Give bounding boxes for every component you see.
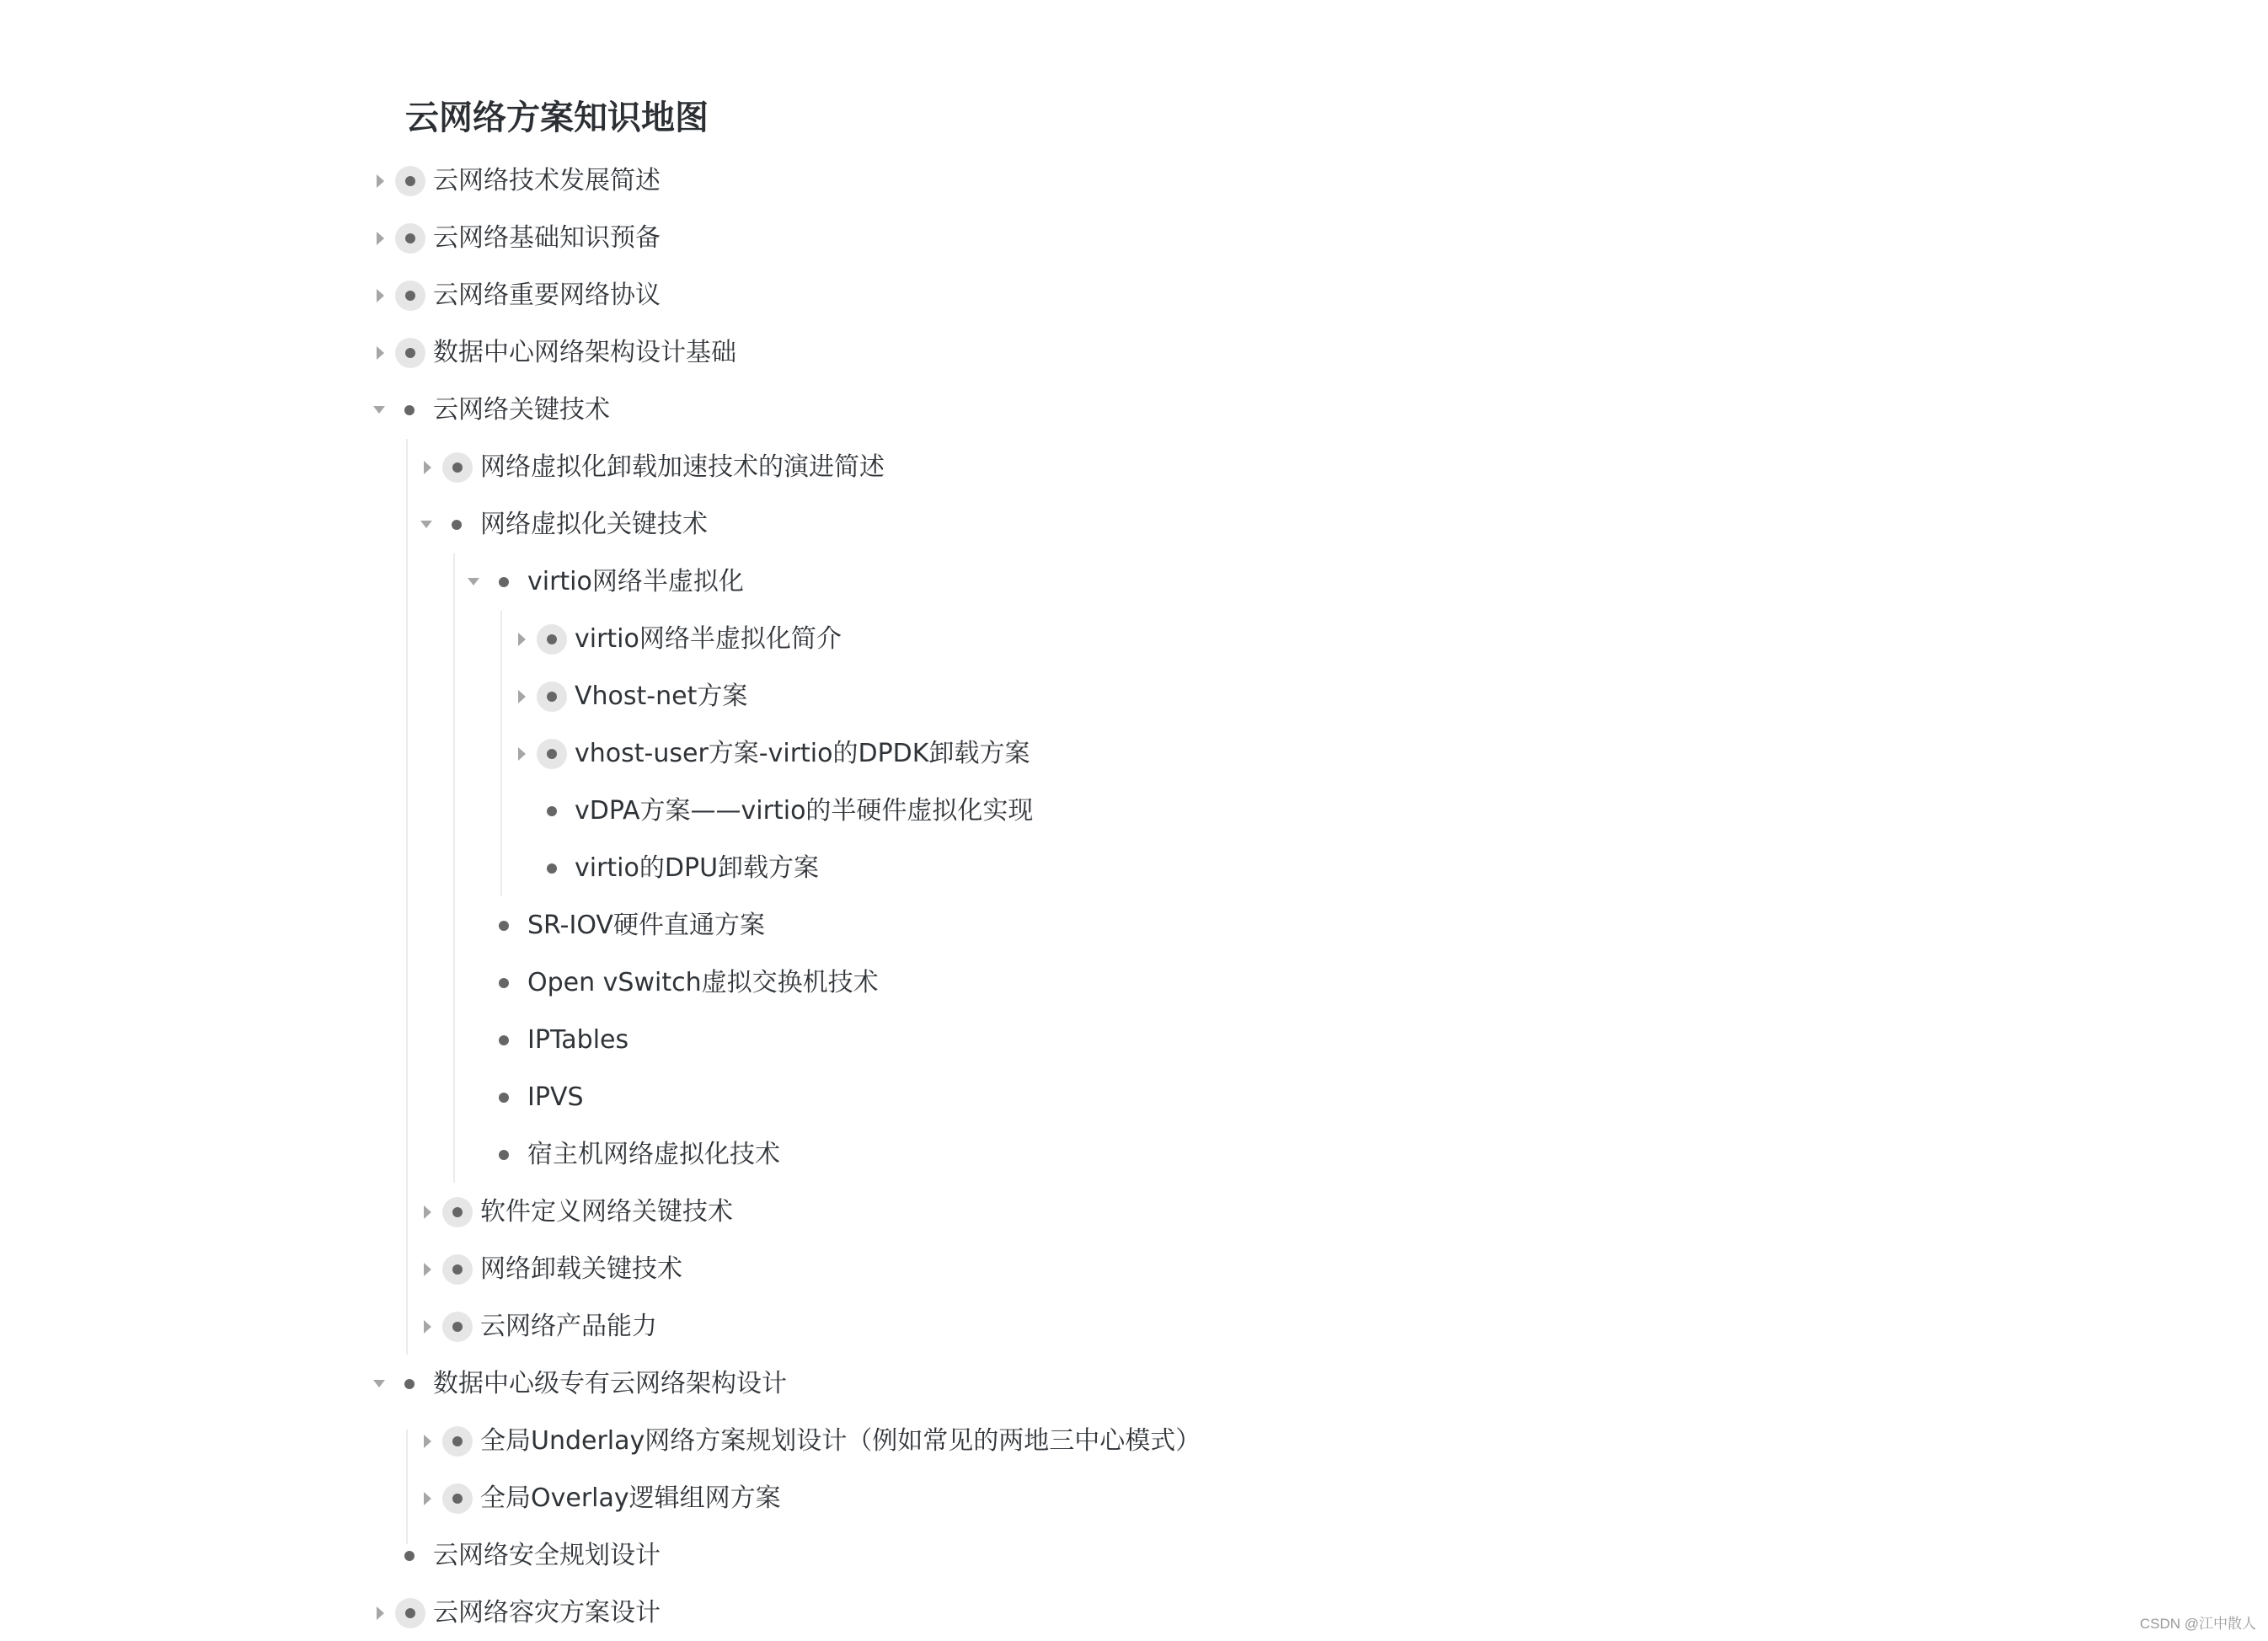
tree-item[interactable]: IPVS [0, 1069, 2268, 1126]
tree-item-label[interactable]: virtio网络半虚拟化 [527, 553, 744, 611]
expand-triangle-icon[interactable] [518, 633, 526, 646]
tree-item-label[interactable]: 数据中心级专有云网络架构设计 [433, 1355, 787, 1413]
expand-triangle-icon[interactable] [424, 1435, 431, 1448]
tree-item-label[interactable]: 全局Underlay网络方案规划设计（例如常见的两地三中心模式） [480, 1413, 1201, 1470]
bullet-icon[interactable] [394, 1369, 425, 1399]
tree-item[interactable]: 云网络安全规划设计 [0, 1527, 2268, 1585]
bullet-icon[interactable] [489, 1140, 519, 1170]
tree-item[interactable]: virtio网络半虚拟化简介 [0, 611, 2268, 668]
bullet-icon[interactable] [537, 682, 567, 712]
tree-item-label[interactable]: 云网络安全规划设计 [433, 1527, 661, 1585]
bullet-icon[interactable] [442, 452, 473, 483]
tree-item[interactable]: 网络虚拟化卸载加速技术的演进简述 [0, 439, 2268, 496]
tree-item-label[interactable]: 云网络重要网络协议 [433, 267, 661, 324]
bullet-icon[interactable] [489, 968, 519, 998]
outline-tree: 云网络技术发展简述 云网络基础知识预备 云网络重要网络协议 数据中心网络架构设计… [0, 152, 2268, 1641]
watermark: CSDN @江中散人 [2140, 1612, 2256, 1633]
bullet-icon[interactable] [537, 796, 567, 826]
tree-item-label[interactable]: Open vSwitch虚拟交换机技术 [527, 954, 879, 1012]
tree-item-label[interactable]: 云网络关键技术 [433, 382, 610, 439]
bullet-icon[interactable] [537, 624, 567, 655]
tree-item-label[interactable]: 软件定义网络关键技术 [480, 1184, 733, 1241]
tree-item-label[interactable]: 云网络基础知识预备 [433, 210, 661, 267]
expand-triangle-icon[interactable] [377, 289, 384, 302]
bullet-icon[interactable] [394, 1541, 425, 1571]
expand-triangle-icon[interactable] [377, 1606, 384, 1620]
tree-item[interactable]: 软件定义网络关键技术 [0, 1184, 2268, 1241]
bullet-icon[interactable] [441, 510, 472, 540]
expand-triangle-icon[interactable] [424, 461, 431, 474]
tree-item[interactable]: Vhost-net方案 [0, 668, 2268, 725]
tree-item[interactable]: 数据中心网络架构设计基础 [0, 324, 2268, 382]
page-title: 云网络方案知识地图 [405, 94, 709, 142]
bullet-icon[interactable] [395, 338, 425, 368]
bullet-icon[interactable] [395, 1598, 425, 1628]
collapse-triangle-icon[interactable] [468, 578, 479, 585]
tree-item-label[interactable]: 云网络产品能力 [480, 1298, 657, 1355]
tree-item[interactable]: SR-IOV硬件直通方案 [0, 897, 2268, 954]
bullet-icon[interactable] [395, 223, 425, 254]
bullet-icon[interactable] [442, 1483, 473, 1514]
bullet-icon[interactable] [394, 395, 425, 425]
tree-item[interactable]: 云网络关键技术 [0, 382, 2268, 439]
tree-item-label[interactable]: 宿主机网络虚拟化技术 [527, 1126, 780, 1184]
expand-triangle-icon[interactable] [518, 690, 526, 703]
tree-item-label[interactable]: virtio网络半虚拟化简介 [575, 611, 842, 668]
tree-item-label[interactable]: 网络卸载关键技术 [480, 1241, 682, 1298]
collapse-triangle-icon[interactable] [420, 521, 432, 528]
bullet-icon[interactable] [442, 1197, 473, 1227]
collapse-triangle-icon[interactable] [373, 406, 385, 414]
bullet-icon[interactable] [442, 1426, 473, 1457]
tree-item[interactable]: 云网络产品能力 [0, 1298, 2268, 1355]
tree-item-label[interactable]: IPTables [527, 1012, 629, 1069]
tree-item[interactable]: virtio网络半虚拟化 [0, 553, 2268, 611]
tree-item-label[interactable]: 数据中心网络架构设计基础 [433, 324, 736, 382]
tree-item-label[interactable]: vDPA方案——virtio的半硬件虚拟化实现 [575, 783, 1033, 840]
tree-item[interactable]: 宿主机网络虚拟化技术 [0, 1126, 2268, 1184]
tree-item-label[interactable]: vhost-user方案-virtio的DPDK卸载方案 [575, 725, 1030, 783]
tree-item-label[interactable]: 全局Overlay逻辑组网方案 [480, 1470, 781, 1527]
bullet-icon[interactable] [489, 911, 519, 941]
bullet-icon[interactable] [537, 853, 567, 884]
bullet-icon[interactable] [489, 1082, 519, 1113]
bullet-icon[interactable] [442, 1254, 473, 1285]
bullet-icon[interactable] [537, 739, 567, 769]
expand-triangle-icon[interactable] [424, 1320, 431, 1334]
bullet-icon[interactable] [395, 166, 425, 196]
expand-triangle-icon[interactable] [518, 747, 526, 761]
tree-item-label[interactable]: SR-IOV硬件直通方案 [527, 897, 765, 954]
tree-item-label[interactable]: 网络虚拟化关键技术 [480, 496, 708, 553]
tree-item[interactable]: 网络卸载关键技术 [0, 1241, 2268, 1298]
tree-item-label[interactable]: IPVS [527, 1069, 584, 1126]
tree-item[interactable]: 全局Underlay网络方案规划设计（例如常见的两地三中心模式） [0, 1413, 2268, 1470]
expand-triangle-icon[interactable] [377, 174, 384, 188]
tree-item[interactable]: Open vSwitch虚拟交换机技术 [0, 954, 2268, 1012]
tree-item[interactable]: 云网络基础知识预备 [0, 210, 2268, 267]
tree-item-label[interactable]: Vhost-net方案 [575, 668, 747, 725]
expand-triangle-icon[interactable] [424, 1492, 431, 1505]
tree-item-label[interactable]: virtio的DPU卸载方案 [575, 840, 819, 897]
tree-item-label[interactable]: 云网络容灾方案设计 [433, 1585, 661, 1641]
tree-item[interactable]: IPTables [0, 1012, 2268, 1069]
bullet-icon[interactable] [489, 1025, 519, 1056]
tree-item-label[interactable]: 云网络技术发展简述 [433, 152, 661, 210]
tree-item[interactable]: 数据中心级专有云网络架构设计 [0, 1355, 2268, 1413]
collapse-triangle-icon[interactable] [373, 1380, 385, 1387]
tree-item[interactable]: 云网络容灾方案设计 [0, 1585, 2268, 1641]
expand-triangle-icon[interactable] [377, 346, 384, 360]
bullet-icon[interactable] [489, 567, 519, 597]
expand-triangle-icon[interactable] [424, 1205, 431, 1219]
bullet-icon[interactable] [395, 281, 425, 311]
tree-item-label[interactable]: 网络虚拟化卸载加速技术的演进简述 [480, 439, 885, 496]
tree-item[interactable]: vhost-user方案-virtio的DPDK卸载方案 [0, 725, 2268, 783]
tree-item[interactable]: 网络虚拟化关键技术 [0, 496, 2268, 553]
tree-item[interactable]: vDPA方案——virtio的半硬件虚拟化实现 [0, 783, 2268, 840]
expand-triangle-icon[interactable] [424, 1263, 431, 1276]
tree-item[interactable]: 全局Overlay逻辑组网方案 [0, 1470, 2268, 1527]
tree-item[interactable]: 云网络技术发展简述 [0, 152, 2268, 210]
tree-item[interactable]: 云网络重要网络协议 [0, 267, 2268, 324]
bullet-icon[interactable] [442, 1312, 473, 1342]
tree-item[interactable]: virtio的DPU卸载方案 [0, 840, 2268, 897]
expand-triangle-icon[interactable] [377, 232, 384, 245]
